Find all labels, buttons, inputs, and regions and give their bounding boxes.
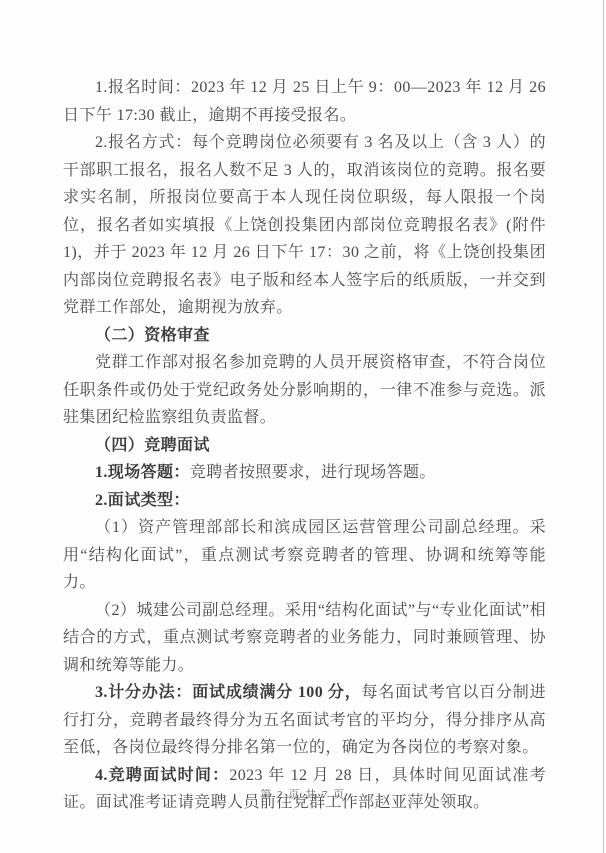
page-footer: 第 2 页 共 7 页	[0, 786, 606, 802]
bold-text-segment: 2.面试类型：	[95, 492, 190, 509]
bold-text-segment: 3.计分办法：面试成绩满分 100 分，	[95, 684, 362, 701]
page-number: 第 2 页 共 7 页	[260, 789, 345, 801]
bold-text-segment: （二）资格审查	[95, 327, 210, 344]
text-segment: （2）城建公司副总经理。采用“结构化面试”与“专业化面试”相结合的方式，重点测试…	[63, 602, 546, 674]
bold-text-segment: 1.现场答题：	[95, 464, 190, 481]
section-heading: （二）资格审查	[63, 322, 546, 350]
page-edge-shadow	[603, 0, 604, 853]
paragraph: （2）城建公司副总经理。采用“结构化面试”与“专业化面试”相结合的方式，重点测试…	[63, 597, 546, 680]
text-segment: 竞聘者按照要求，进行现场答题。	[190, 464, 436, 481]
paragraph: 3.计分办法：面试成绩满分 100 分，每名面试考官以百分制进行打分，竞聘者最终…	[63, 679, 546, 762]
paragraph: 2.报名方式：每个竞聘岗位必须要有 3 名及以上（含 3 人）的干部职工报名，报…	[63, 129, 546, 322]
text-segment: 党群工作部对报名参加竞聘的人员开展资格审查，不符合岗位任职条件或仍处于党纪政务处…	[63, 354, 546, 426]
section-heading: （四）竞聘面试	[63, 432, 546, 460]
paragraph: 2.面试类型：	[63, 487, 546, 515]
document-page: 1.报名时间：2023 年 12 月 25 日上午 9：00—2023 年 12…	[0, 0, 606, 853]
text-segment: （1）资产管理部部长和滨成园区运营管理公司副总经理。采用“结构化面试”，重点测试…	[63, 519, 546, 591]
bold-text-segment: （四）竞聘面试	[95, 437, 210, 454]
text-segment: 1.报名时间：2023 年 12 月 25 日上午 9：00—2023 年 12…	[63, 79, 546, 124]
bold-text-segment: 4.竞聘面试时间：	[95, 767, 229, 784]
paragraph: 1.报名时间：2023 年 12 月 25 日上午 9：00—2023 年 12…	[63, 74, 546, 129]
paragraph: 1.现场答题：竞聘者按照要求，进行现场答题。	[63, 459, 546, 487]
text-segment: 2.报名方式：每个竞聘岗位必须要有 3 名及以上（含 3 人）的干部职工报名，报…	[63, 134, 546, 316]
paragraph: （1）资产管理部部长和滨成园区运营管理公司副总经理。采用“结构化面试”，重点测试…	[63, 514, 546, 597]
paragraph: 党群工作部对报名参加竞聘的人员开展资格审查，不符合岗位任职条件或仍处于党纪政务处…	[63, 349, 546, 432]
document-body: 1.报名时间：2023 年 12 月 25 日上午 9：00—2023 年 12…	[63, 74, 546, 817]
